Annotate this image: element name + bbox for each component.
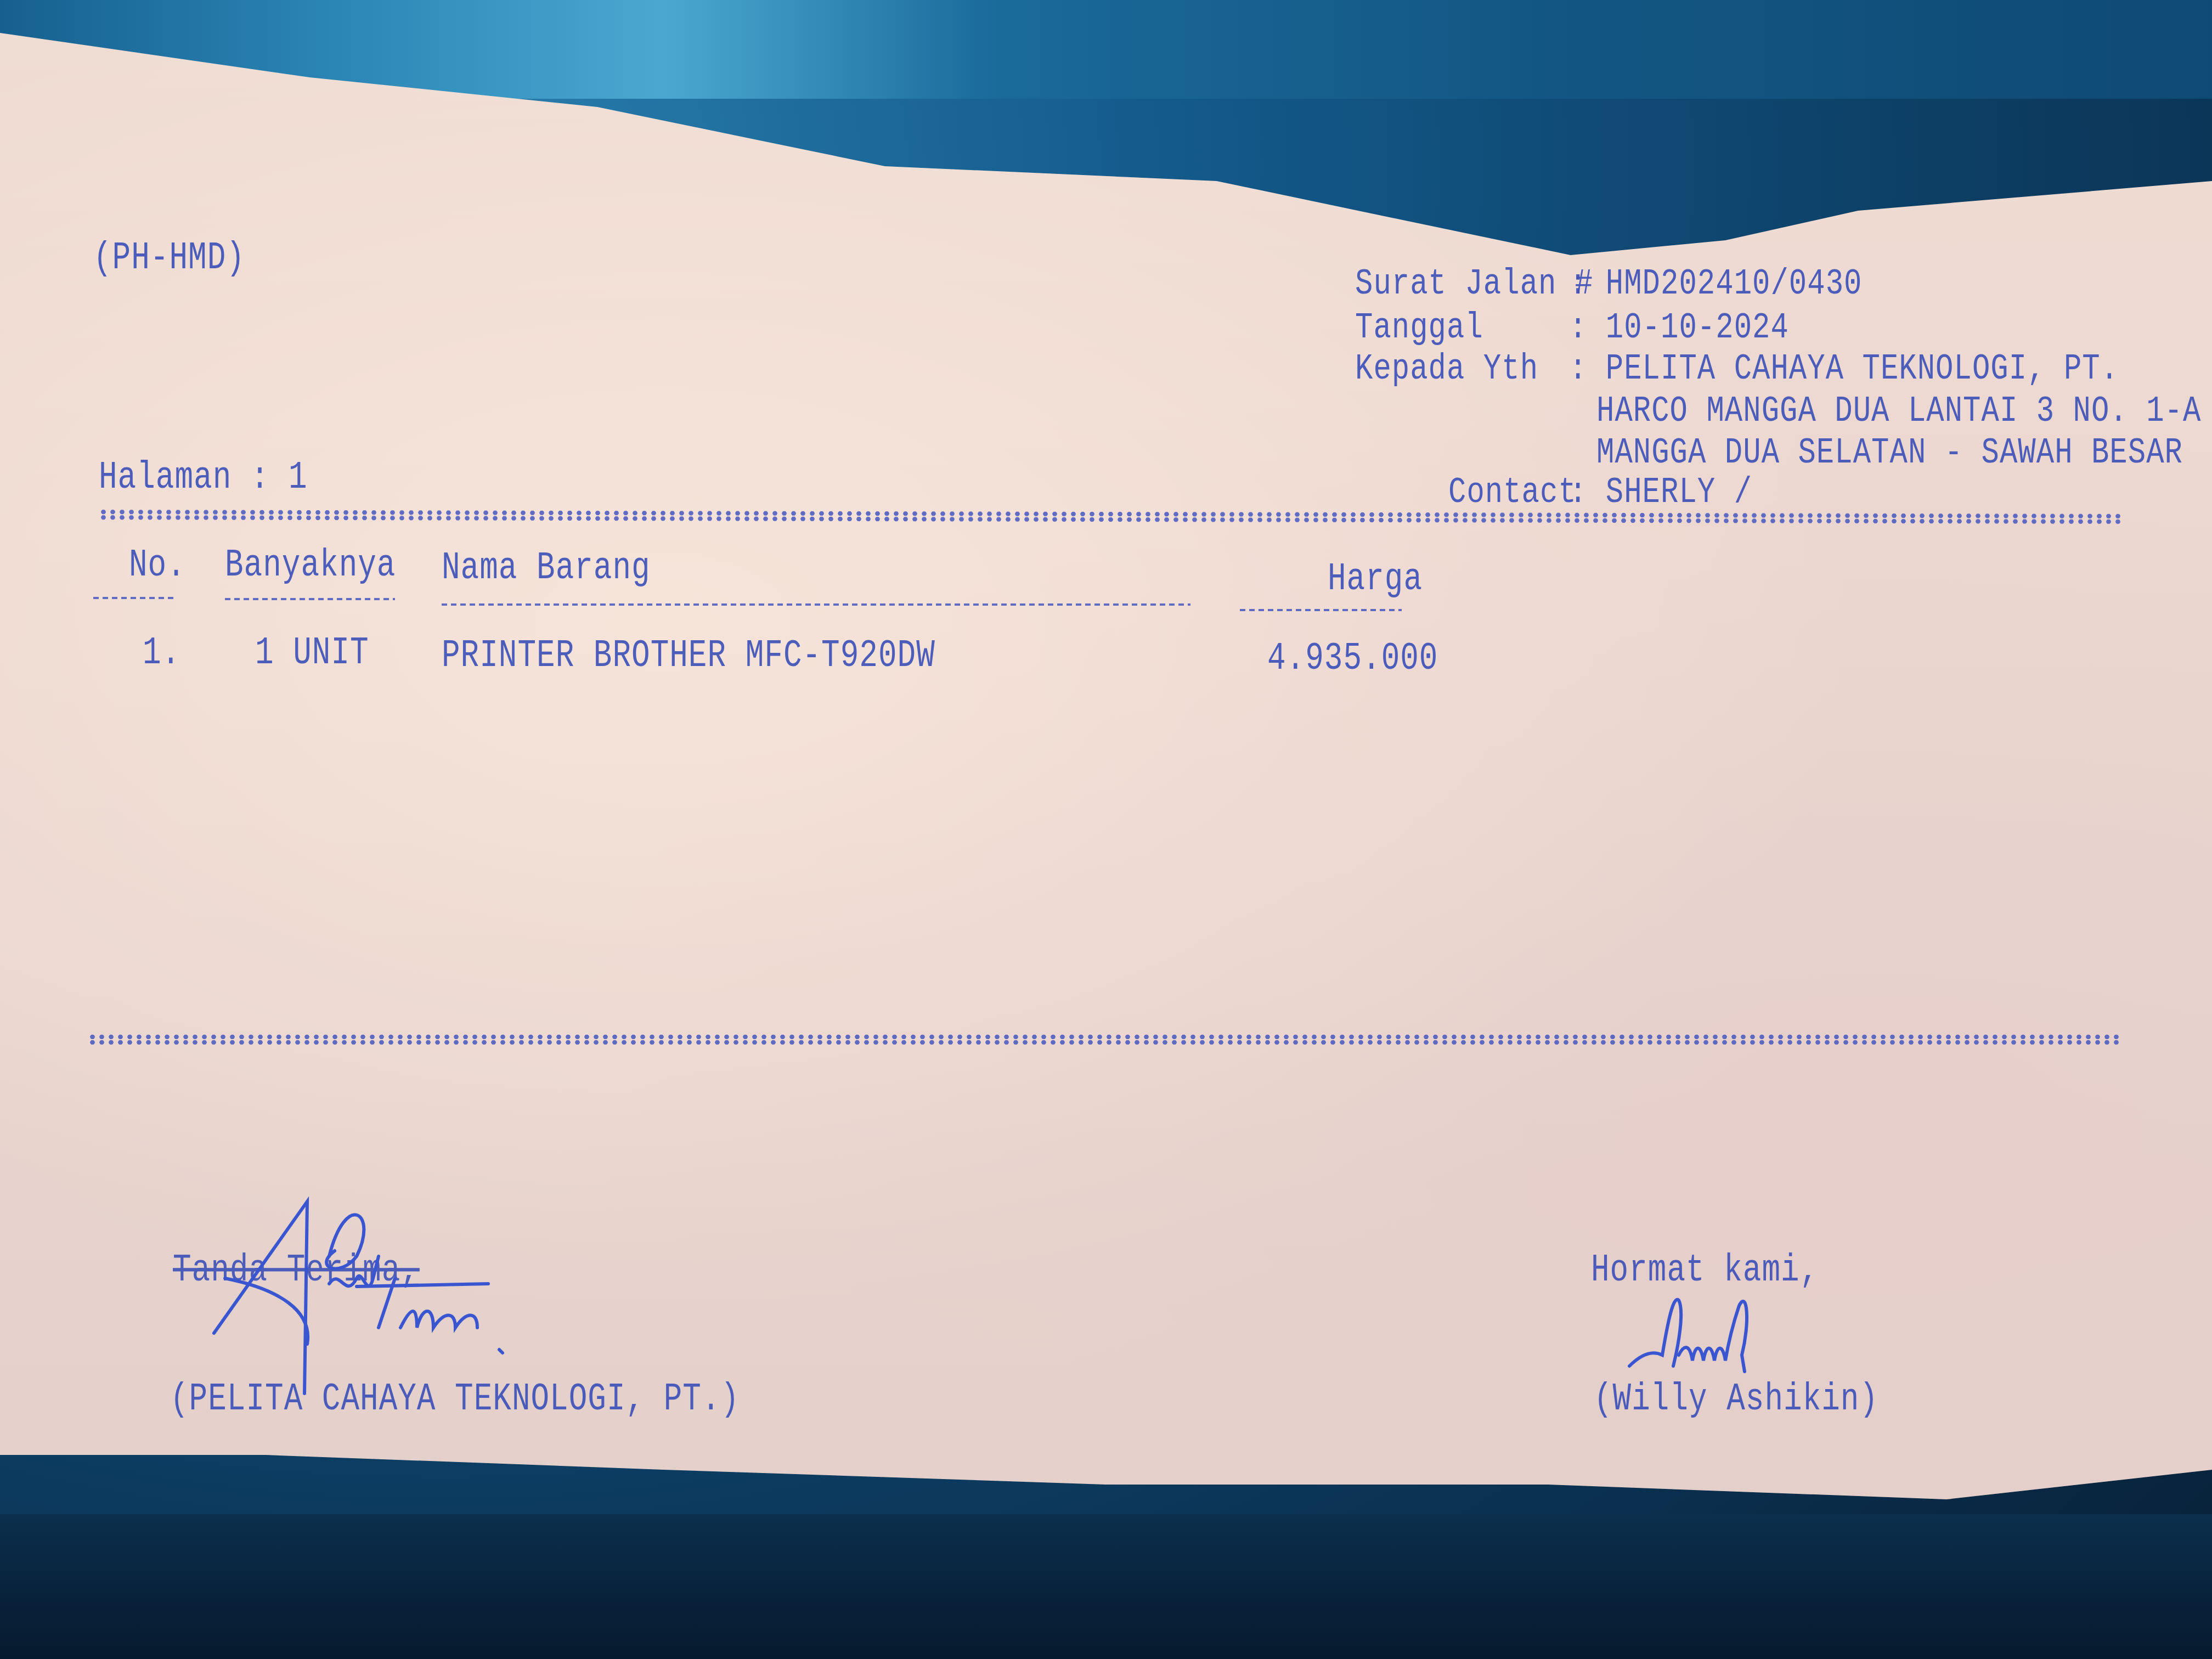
document-code: (PH-HMD) xyxy=(93,236,245,280)
delivery-note-paper: (PH-HMD) Halaman : 1 Surat Jalan # : HMD… xyxy=(0,33,2212,1514)
recipient-company-name: (PELITA CAHAYA TEKNOLOGI, PT.) xyxy=(170,1377,740,1421)
recipient-address-line-1: HARCO MANGGA DUA LANTAI 3 NO. 1-A xyxy=(1596,391,2201,432)
recipient-label: Kepada Yth xyxy=(1355,348,1538,390)
page-number: Halaman : 1 xyxy=(99,455,308,499)
row-number: 1. xyxy=(143,631,180,675)
recipient-name: : PELITA CAHAYA TEKNOLOGI, PT. xyxy=(1569,348,2119,390)
column-underline-price xyxy=(1240,609,1402,611)
date-label: Tanggal xyxy=(1355,307,1483,349)
surat-jalan-number: : HMD202410/0430 xyxy=(1569,263,1862,305)
contact-value: : SHERLY / xyxy=(1569,472,1752,513)
column-header-quantity: Banyaknya xyxy=(225,543,396,587)
column-header-no: No. xyxy=(129,543,186,587)
recipient-address-line-2: MANGGA DUA SELATAN - SAWAH BESAR xyxy=(1596,432,2183,474)
column-header-item-name: Nama Barang xyxy=(442,546,651,590)
regards-label: Hormat kami, xyxy=(1591,1248,1819,1292)
column-header-price: Harga xyxy=(1328,557,1423,601)
surat-jalan-label: Surat Jalan # xyxy=(1355,263,1593,305)
date-value: : 10-10-2024 xyxy=(1569,307,1789,349)
double-separator-bottom xyxy=(88,1034,2123,1045)
fabric-background-bottom xyxy=(0,1514,2212,1659)
recipient-signature-icon xyxy=(192,1190,576,1399)
row-item-name: PRINTER BROTHER MFC-T920DW xyxy=(442,634,935,678)
row-quantity: 1 UNIT xyxy=(255,631,369,675)
column-underline-no xyxy=(93,597,176,599)
signer-name: (Willy Ashikin) xyxy=(1594,1377,1878,1421)
contact-label: Contact xyxy=(1448,472,1577,513)
double-separator-top xyxy=(99,509,2123,524)
row-price: 4.935.000 xyxy=(1267,636,1438,680)
column-underline-quantity xyxy=(225,598,395,600)
sender-signature-icon xyxy=(1618,1289,1772,1377)
column-underline-item-name xyxy=(442,603,1190,606)
